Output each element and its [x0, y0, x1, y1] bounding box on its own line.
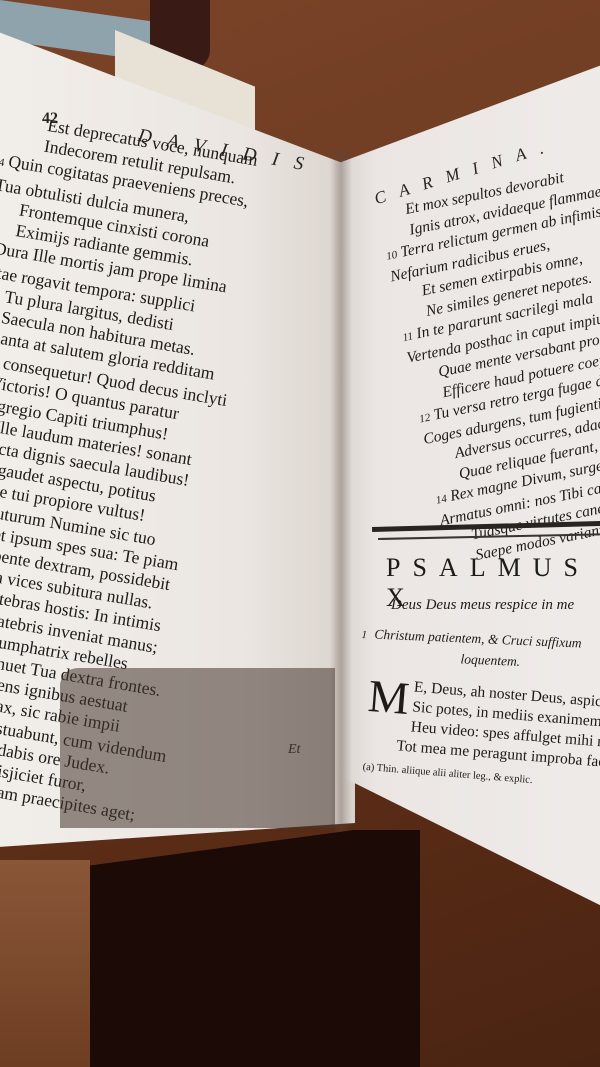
verse-number: 11	[402, 330, 414, 344]
verse-number: 14	[435, 493, 448, 507]
verse-number: 4	[0, 157, 5, 170]
argument-number: 1	[361, 629, 367, 641]
wood-plank	[0, 860, 90, 1067]
drop-cap: M	[367, 676, 411, 719]
psalm-body: M E, Deus, ah noster Deus, aspice: linqu…	[362, 674, 600, 797]
verse-number: 12	[418, 412, 431, 426]
hand-shadow	[60, 668, 335, 828]
psalm-incipit: Deus Deus meus respice in me	[391, 597, 574, 614]
verse-number: 10	[385, 249, 398, 263]
table-shadow	[90, 830, 420, 1067]
